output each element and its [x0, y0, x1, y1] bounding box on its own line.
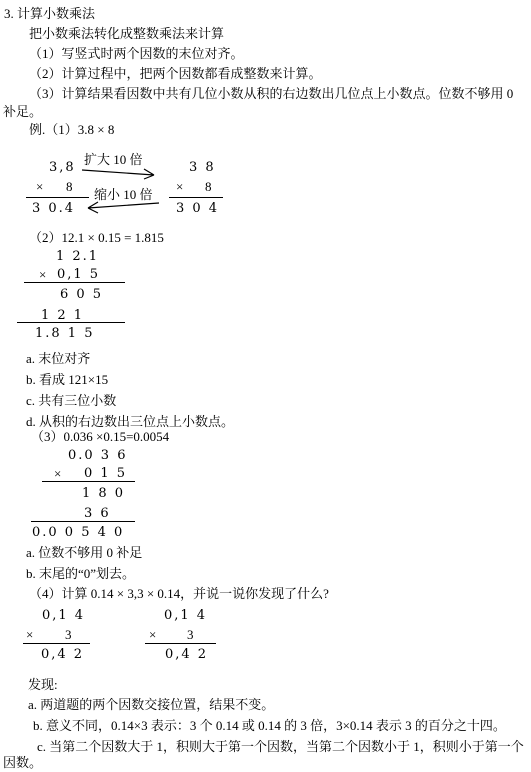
- ex3-partial-product-2: 3 6: [84, 506, 111, 522]
- ex4-left-factor2: 3: [65, 627, 72, 643]
- ex1-decimal-factor2: 8: [66, 179, 73, 195]
- ex2-multiply-sign: ×: [39, 267, 46, 283]
- ex2-note-a: a. 末位对齐: [26, 351, 90, 367]
- fraction-line: [26, 197, 89, 198]
- fraction-line: [42, 481, 135, 482]
- finding-c: c. 当第二个因数大于 1，积则大于第一个因数，当第二个因数小于 1，积则小于第…: [37, 739, 524, 755]
- ex1-integer-multiply-sign: ×: [176, 179, 183, 195]
- ex3-factor2: 0 1 5: [84, 466, 127, 482]
- doc-title: 3. 计算小数乘法: [4, 6, 95, 22]
- ex3-note-a: a. 位数不够用 0 补足: [26, 545, 142, 561]
- ex3-product: 0.0 0 5 4 0: [32, 525, 124, 541]
- example3-header: （3）0.036 ×0.15=0.0054: [31, 429, 169, 445]
- ex1-integer-factor1: 3 8: [189, 160, 216, 176]
- ex3-note-b: b. 末尾的“0”划去。: [26, 566, 135, 582]
- finding-a: a. 两道题的两个因数交接位置，结果不变。: [28, 697, 274, 713]
- fraction-line: [145, 643, 216, 644]
- ex2-note-b: b. 看成 121×15: [26, 372, 108, 388]
- example2-header: （2）12.1 × 0.15 = 1.815: [29, 230, 164, 246]
- fraction-line: [24, 282, 125, 283]
- ex4-right-factor2: 3: [187, 627, 194, 643]
- document-page: 3. 计算小数乘法 把小数乘法转化成整数乘法来计算 （1）写竖式时两个因数的末位…: [0, 0, 531, 772]
- ex1-integer-factor2: 8: [205, 179, 212, 195]
- ex1-decimal-multiply-sign: ×: [36, 179, 43, 195]
- ex4-right-product: 0,4 2: [165, 647, 208, 663]
- ex4-right-factor1: 0,1 4: [164, 608, 207, 624]
- ex1-decimal-factor1: 3,8: [49, 160, 76, 176]
- ex4-left-product: 0,4 2: [41, 647, 84, 663]
- rule-1: （1）写竖式时两个因数的末位对齐。: [29, 46, 244, 62]
- fraction-line: [17, 322, 125, 323]
- ex4-left-multiply-sign: ×: [26, 627, 33, 643]
- ex4-right-multiply-sign: ×: [149, 627, 156, 643]
- fraction-line: [23, 643, 90, 644]
- example1-header: 例.（1）3.8 × 8: [29, 122, 114, 138]
- fraction-line: [169, 197, 223, 198]
- right-arrow-icon: [82, 166, 160, 180]
- ex3-factor1: 0.0 3 6: [68, 448, 127, 464]
- fraction-line: [31, 521, 135, 522]
- ex2-factor1: 1 2.1: [56, 249, 99, 265]
- findings-title: 发现:: [28, 677, 58, 693]
- rule-2: （2）计算过程中，把两个因数都看成整数来计算。: [29, 66, 322, 82]
- left-arrow-icon: [85, 200, 161, 214]
- rule-3: （3）计算结果看因数中共有几位小数从积的右边数出几位点上小数点。位数不够用 0: [29, 86, 513, 102]
- ex2-factor2: 0,1 5: [57, 267, 100, 283]
- ex2-product: 1.8 1 5: [35, 326, 94, 342]
- intro-line: 把小数乘法转化成整数乘法来计算: [29, 26, 224, 42]
- ex2-note-d: d. 从积的右边数出三位点上小数点。: [26, 414, 234, 430]
- ex3-multiply-sign: ×: [54, 466, 61, 482]
- finding-b: b. 意义不同，0.14×3 表示：3 个 0.14 或 0.14 的 3 倍，…: [33, 718, 506, 734]
- ex2-note-c: c. 共有三位小数: [26, 393, 116, 409]
- example4-header: （4）计算 0.14 × 3,3 × 0.14，并说一说你发现了什么?: [29, 586, 329, 602]
- ex1-integer-product: 3 0 4: [176, 201, 219, 217]
- ex4-left-factor1: 0,1 4: [42, 608, 85, 624]
- ex3-partial-product-1: 1 8 0: [82, 486, 125, 502]
- ex2-partial-product-1: 6 0 5: [60, 287, 103, 303]
- ex1-decimal-product: 3 0.4: [32, 201, 75, 217]
- finding-c-cont: 因数。: [3, 755, 42, 771]
- rule-3-cont: 补足。: [3, 104, 42, 120]
